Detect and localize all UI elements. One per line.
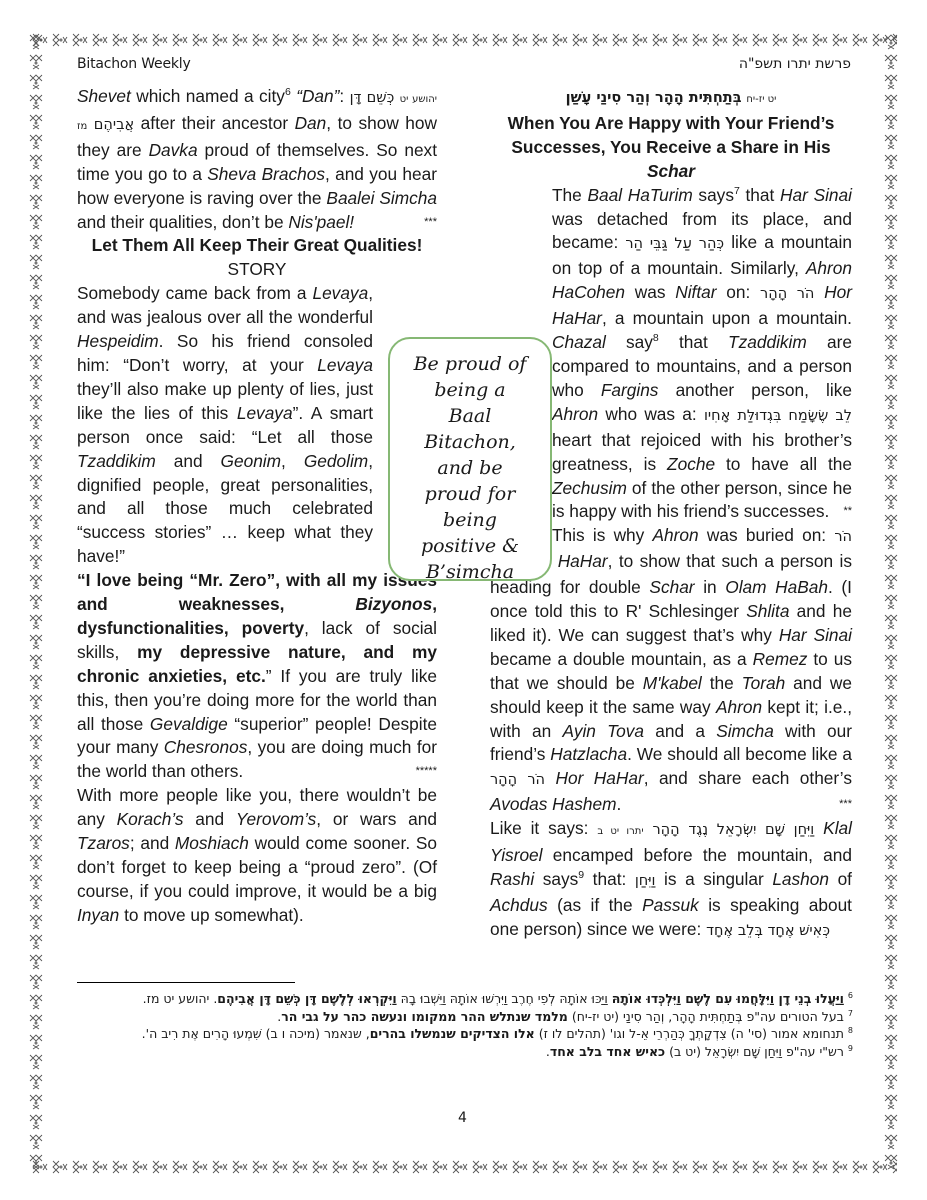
text: and [184, 809, 236, 829]
italic-term: Nis'pael! [288, 212, 354, 232]
text: to have all the [715, 454, 852, 474]
italic-term: Torah [742, 673, 786, 693]
footnote-number: 7 [848, 1009, 853, 1018]
section-subheading: STORY [77, 258, 437, 282]
bottom-border-decoration [30, 1160, 897, 1174]
text: that [659, 332, 728, 352]
italic-term: Ahron [552, 404, 598, 424]
text: וַיַּכּוּ אוֹתָהּ לְפִי חֶרֶב וַיִּרְשׁו… [397, 991, 612, 1006]
text: , a mountain upon a mountain. [602, 308, 852, 328]
text: encamped before the mountain, and [543, 845, 852, 865]
bold-text: וַיַּעֲלוּ בְנֵי דָן וַיִּלָּחֲמוּ עִם ל… [612, 991, 844, 1006]
italic-term: Simcha [716, 721, 774, 741]
parsha-title: פרשת יתרו תשפ"ה [739, 56, 851, 72]
italic-term: Lashon [772, 869, 829, 889]
text: of [829, 869, 852, 889]
callout-line: positive & [390, 533, 550, 559]
italic-term: Chesronos [164, 737, 248, 757]
callout-line: Bitachon, [390, 429, 550, 455]
italic-term: Baal HaTurim [587, 185, 692, 205]
text: and [156, 451, 221, 471]
text: תנחומא אמור (סי' ה) צִדְקָתְךָ כְּהַרְרֵ… [535, 1026, 844, 1041]
bold-text: כאיש אחד בלב אחד [550, 1044, 665, 1059]
footnote-7: 7 בעל הטורים עה"פ בְּתַחְתִּית הָהָר, וְ… [75, 1008, 853, 1026]
article-title: When You Are Happy with Your Friend’s Su… [490, 112, 852, 184]
text: , or wars and [316, 809, 437, 829]
italic-term: Hor HaHar [555, 768, 643, 788]
italic-term: Olam HaBah [725, 577, 828, 597]
italic-term: Sheva Brachos [207, 164, 325, 184]
section-divider-stars: ***** [416, 760, 437, 784]
text: : [339, 86, 349, 106]
italic-term: Har Sinai [779, 625, 852, 645]
text: says [693, 185, 734, 205]
text: that: [584, 869, 635, 889]
hebrew-quote: הֹר הָהָר [490, 772, 545, 788]
hebrew-quote: כְּאִישׁ אֶחָד בְּלֵב אֶחָד [706, 923, 830, 939]
italic-term: Passuk [642, 895, 699, 915]
italic-term: Tzaddikim [77, 451, 156, 471]
italic-term: Zoche [667, 454, 715, 474]
text: that [740, 185, 780, 205]
text: Like it says: [490, 818, 597, 838]
text: Somebody came back from a [77, 283, 312, 303]
italic-term: Davka [149, 140, 198, 160]
text: was [625, 282, 675, 302]
italic-term: Har Sinai [780, 185, 852, 205]
hebrew-quote: לֵב שֶׂשָּׂמַח בִּגְדוּלַּת אָחִיו [704, 408, 852, 424]
text: on: [717, 282, 761, 302]
italic-term: Hatzlacha [550, 744, 627, 764]
text: which named a city [131, 86, 285, 106]
callout-line: and be [390, 455, 550, 481]
footnotes: 6 וַיַּעֲלוּ בְנֵי דָן וַיִּלָּחֲמוּ עִם… [75, 990, 853, 1060]
hebrew-quote: הֹר הָהָר [760, 286, 814, 302]
paragraph: With more people like you, there wouldn’… [77, 784, 437, 927]
italic-term: Levaya [312, 283, 368, 303]
italic-term: Inyan [77, 905, 119, 925]
heading-text: Let Them All Keep Their Great Qualities! [92, 235, 423, 255]
footnote-separator [77, 982, 295, 983]
italic-term: Achdus [490, 895, 548, 915]
footnote-number: 6 [848, 991, 853, 1000]
hebrew-title: בְּתַחְתִּית הָהָר וְהַר סִינַי עָשַׁן [566, 90, 742, 106]
source-ref: יט יז-יח [746, 94, 776, 105]
text [814, 282, 824, 302]
paragraph: “I love being “Mr. Zero”, with all my is… [77, 569, 437, 784]
section-divider-stars: *** [424, 211, 437, 235]
text: says [534, 869, 578, 889]
italic-term: Ayin Tova [562, 721, 644, 741]
text: , [281, 451, 304, 471]
italic-term: Gedolim [304, 451, 368, 471]
italic-term: Korach’s [117, 809, 184, 829]
newsletter-title: Bitachon Weekly [77, 56, 191, 72]
text: and a [644, 721, 716, 741]
italic-term: Tzaddikim [728, 332, 807, 352]
text: . יהושע יט מז. [143, 991, 218, 1006]
text: to move up somewhat). [119, 905, 303, 925]
italic-term: Shlita [746, 601, 789, 621]
bold-text: וַיִּקְרְאוּ לְלֶשֶׁם דָּן כְּשֵׁם דָּן … [217, 991, 396, 1006]
callout-line: proud for [390, 481, 550, 507]
text [814, 818, 823, 838]
italic-term: Zechusim [552, 478, 627, 498]
hebrew-quote: וַיִּחַן שָׁם יִשְׂרָאֵל נֶגֶד הָהָר [652, 822, 814, 838]
section-heading: Let Them All Keep Their Great Qualities! [77, 234, 437, 258]
italic-term: Geonim [221, 451, 282, 471]
title-italic: Schar [647, 161, 695, 181]
italic-term: Fargins [601, 380, 659, 400]
italic-term: Gevaldige [150, 714, 228, 734]
italic-term: Ahron [716, 697, 762, 717]
italic-term: Hespeidim [77, 331, 159, 351]
text: in [695, 577, 726, 597]
footnote-number: 9 [848, 1044, 853, 1053]
text: say [606, 332, 653, 352]
italic-term: Schar [649, 577, 694, 597]
callout-line: B’simcha [390, 559, 550, 585]
italic-term: Levaya [237, 403, 293, 423]
text: , and share each other’s [644, 768, 852, 788]
text: בעל הטורים עה"פ בְּתַחְתִּית הָהָר, וְהַ… [568, 1009, 844, 1024]
top-border-decoration [30, 33, 897, 47]
text: The [552, 185, 587, 205]
text: and their qualities, don’t be [77, 212, 288, 232]
title-text: When You Are Happy with Your Friend’s Su… [508, 113, 835, 157]
text: another person, like [658, 380, 852, 400]
text: the [702, 673, 742, 693]
italic-term: Chazal [552, 332, 606, 352]
italic-term: Avodas Hashem [490, 794, 616, 814]
left-column: Shevet which named a city6 “Dan”: כְּשֵׁ… [77, 85, 437, 928]
footnote-9: 9 רש"י עה"פ וַיִּחַן שָׁם יִשְׂרָאֵל (יט… [75, 1043, 853, 1061]
text: (as if the [548, 895, 642, 915]
italic-term: Tzaros [77, 833, 130, 853]
italic-term: Remez [753, 649, 808, 669]
footnote-6: 6 וַיַּעֲלוּ בְנֵי דָן וַיִּלָּחֲמוּ עִם… [75, 990, 853, 1008]
page-number: 4 [458, 1110, 467, 1126]
italic-term: Baalei Simcha [326, 188, 437, 208]
text: , שנאמר (מיכה ו ב) שִׁמְעוּ הָרִים אֶת ר… [142, 1026, 370, 1041]
italic-term: Yerovom’s [236, 809, 316, 829]
section-divider-stars: ** [843, 500, 852, 524]
text: was buried on: [699, 525, 835, 545]
text: רש"י עה"פ וַיִּחַן שָׁם יִשְׂרָאֵל (יט ב… [665, 1044, 844, 1059]
text [545, 768, 555, 788]
italic-term: M'kabel [643, 673, 702, 693]
callout-line: being a [390, 377, 550, 403]
source-ref: יתרו יט ב [597, 826, 643, 837]
italic-term: Ahron [653, 525, 699, 545]
hebrew-quote: כְּשֵׁם דָּן [350, 90, 395, 106]
text: . [616, 794, 621, 814]
footnote-number: 8 [848, 1026, 853, 1035]
italic-term: Dan [295, 113, 327, 133]
left-border-decoration [29, 32, 43, 1172]
article-hebrew-title: בְּתַחְתִּית הָהָר וְהַר סִינַי עָשַׁן י… [490, 85, 852, 112]
paragraph: Shevet which named a city6 “Dan”: כְּשֵׁ… [77, 85, 437, 234]
text: who was a: [598, 404, 704, 424]
paragraph: Like it says: יתרו יט ב וַיִּחַן שָׁם יִ… [490, 817, 852, 944]
italic-term: Levaya [317, 355, 373, 375]
quote-callout-box: Be proud of being a Baal Bitachon, and b… [388, 337, 552, 581]
bold-text: מלמד שנתלש ההר ממקומו ונעשה כהר על גבי ה… [281, 1009, 568, 1024]
italic-term: “Dan” [291, 86, 340, 106]
right-border-decoration [884, 32, 898, 1172]
italic-term: Niftar [675, 282, 716, 302]
text: after their ancestor [134, 113, 294, 133]
hebrew-quote: אֲבִיהֶם [94, 117, 134, 133]
bold-italic-term: Bizyonos [355, 594, 432, 614]
text: became a double mountain, as a [490, 649, 753, 669]
callout-line: Be proud of [390, 351, 550, 377]
italic-term: Shevet [77, 86, 131, 106]
section-divider-stars: *** [839, 793, 852, 817]
text: is a singular [655, 869, 772, 889]
callout-line: Baal [390, 403, 550, 429]
hebrew-quote: וַיִּחַן [635, 873, 656, 889]
italic-term: Rashi [490, 869, 534, 889]
text: ; and [130, 833, 175, 853]
text: . We should all become like a [627, 744, 852, 764]
callout-line: being [390, 507, 550, 533]
footnote-8: 8 תנחומא אמור (סי' ה) צִדְקָתְךָ כְּהַרְ… [75, 1025, 853, 1043]
bold-text: אלו הצדיקים שנמשלו בהרים [370, 1026, 535, 1041]
italic-term: Moshiach [175, 833, 249, 853]
text: This is why [552, 525, 653, 545]
hebrew-quote: כְּהַר עַל גַּבֵּי הַר [625, 236, 724, 252]
